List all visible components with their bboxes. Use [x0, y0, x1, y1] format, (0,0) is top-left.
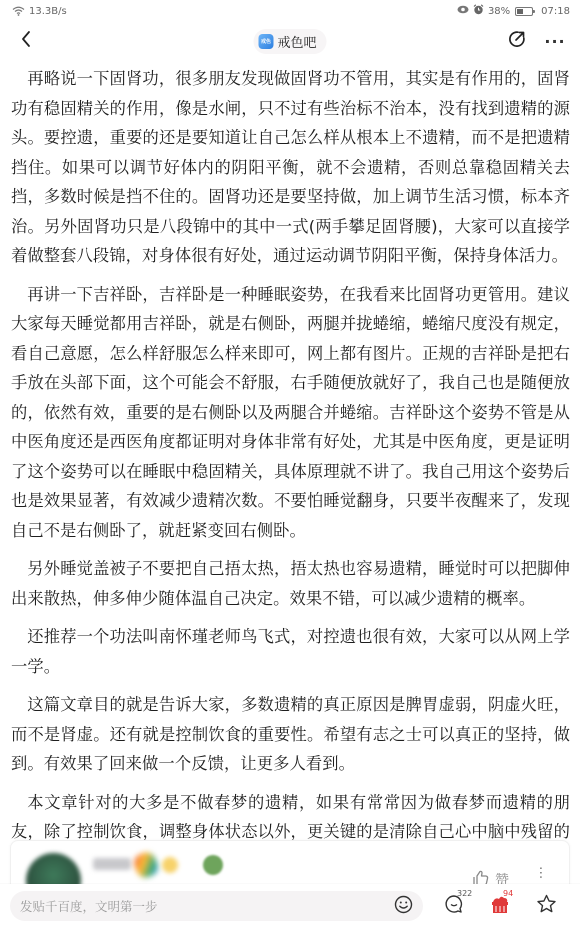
bottom-action-bar: 322 94: [0, 884, 580, 928]
eye-icon: [457, 5, 469, 17]
status-right: 38% 07:18: [457, 4, 570, 18]
emoji-icon: [394, 895, 413, 918]
wifi-icon: [12, 6, 25, 16]
paragraph-1: 再略说一下固肾功，很多朋友发现做固肾功不管用，其实是有作用的，固肾功有稳固精关的…: [11, 64, 570, 271]
paragraph-3: 另外睡觉盖被子不要把自己捂太热，捂太热也容易遗精，睡觉时可以把脚伸出来散热，伸多…: [11, 554, 570, 613]
gift-button[interactable]: 94: [487, 894, 513, 918]
network-speed: 13.3B/s: [29, 6, 67, 17]
chevron-left-icon: [20, 30, 32, 52]
card-more-button[interactable]: ···: [536, 866, 544, 879]
forum-logo: 戒色: [258, 34, 273, 49]
forum-name: 戒色吧: [277, 32, 316, 51]
more-horizontal-icon: ···: [544, 32, 565, 51]
more-button[interactable]: ···: [544, 30, 566, 52]
emoji-button[interactable]: [393, 896, 413, 916]
back-button[interactable]: [14, 29, 38, 53]
alarm-icon: [473, 4, 484, 18]
clock-time: 07:18: [541, 6, 570, 17]
member-badge-icon: [162, 857, 178, 873]
battery-percent: 38%: [488, 6, 510, 17]
status-left: 13.3B/s: [12, 6, 67, 17]
post-content: 再略说一下固肾功，很多朋友发现做固肾功不管用，其实是有作用的，固肾功有稳固精关的…: [0, 64, 580, 913]
reply-input[interactable]: [20, 899, 360, 914]
forum-link[interactable]: 戒色 戒色吧: [253, 29, 326, 54]
level-badge-icon: [131, 849, 161, 880]
paragraph-5: 这篇文章目的就是告诉大家，多数遗精的真正原因是脾胃虚弱，阴虚火旺，而不是肾虚。还…: [11, 690, 570, 779]
nav-actions: ···: [506, 30, 566, 52]
paragraph-4: 还推荐一个功法叫南怀瑾老师鸟飞式，对控遗也很有效，大家可以从网上学一学。: [11, 622, 570, 681]
more-vertical-icon: ···: [532, 866, 548, 879]
paragraph-2: 再讲一下吉祥卧，吉祥卧是一种睡眠姿势，在我看来比固肾功更管用。建议大家每天睡觉都…: [11, 280, 570, 546]
forum-badge-icon: [203, 855, 223, 875]
nav-bar: 戒色 戒色吧 ···: [0, 22, 580, 60]
comments-button[interactable]: 322: [441, 894, 467, 918]
status-bar: 13.3B/s 38% 07:18: [0, 0, 580, 22]
comment-count: 322: [457, 889, 472, 898]
share-icon: [508, 30, 526, 52]
favorite-button[interactable]: [533, 894, 559, 918]
gift-count: 94: [503, 889, 513, 898]
star-icon: [536, 894, 557, 918]
username-blurred[interactable]: [93, 858, 131, 870]
reply-input-container[interactable]: [10, 891, 423, 921]
bar-actions: 322 94: [441, 894, 559, 918]
battery-icon: [515, 7, 533, 16]
share-button[interactable]: [506, 30, 528, 52]
